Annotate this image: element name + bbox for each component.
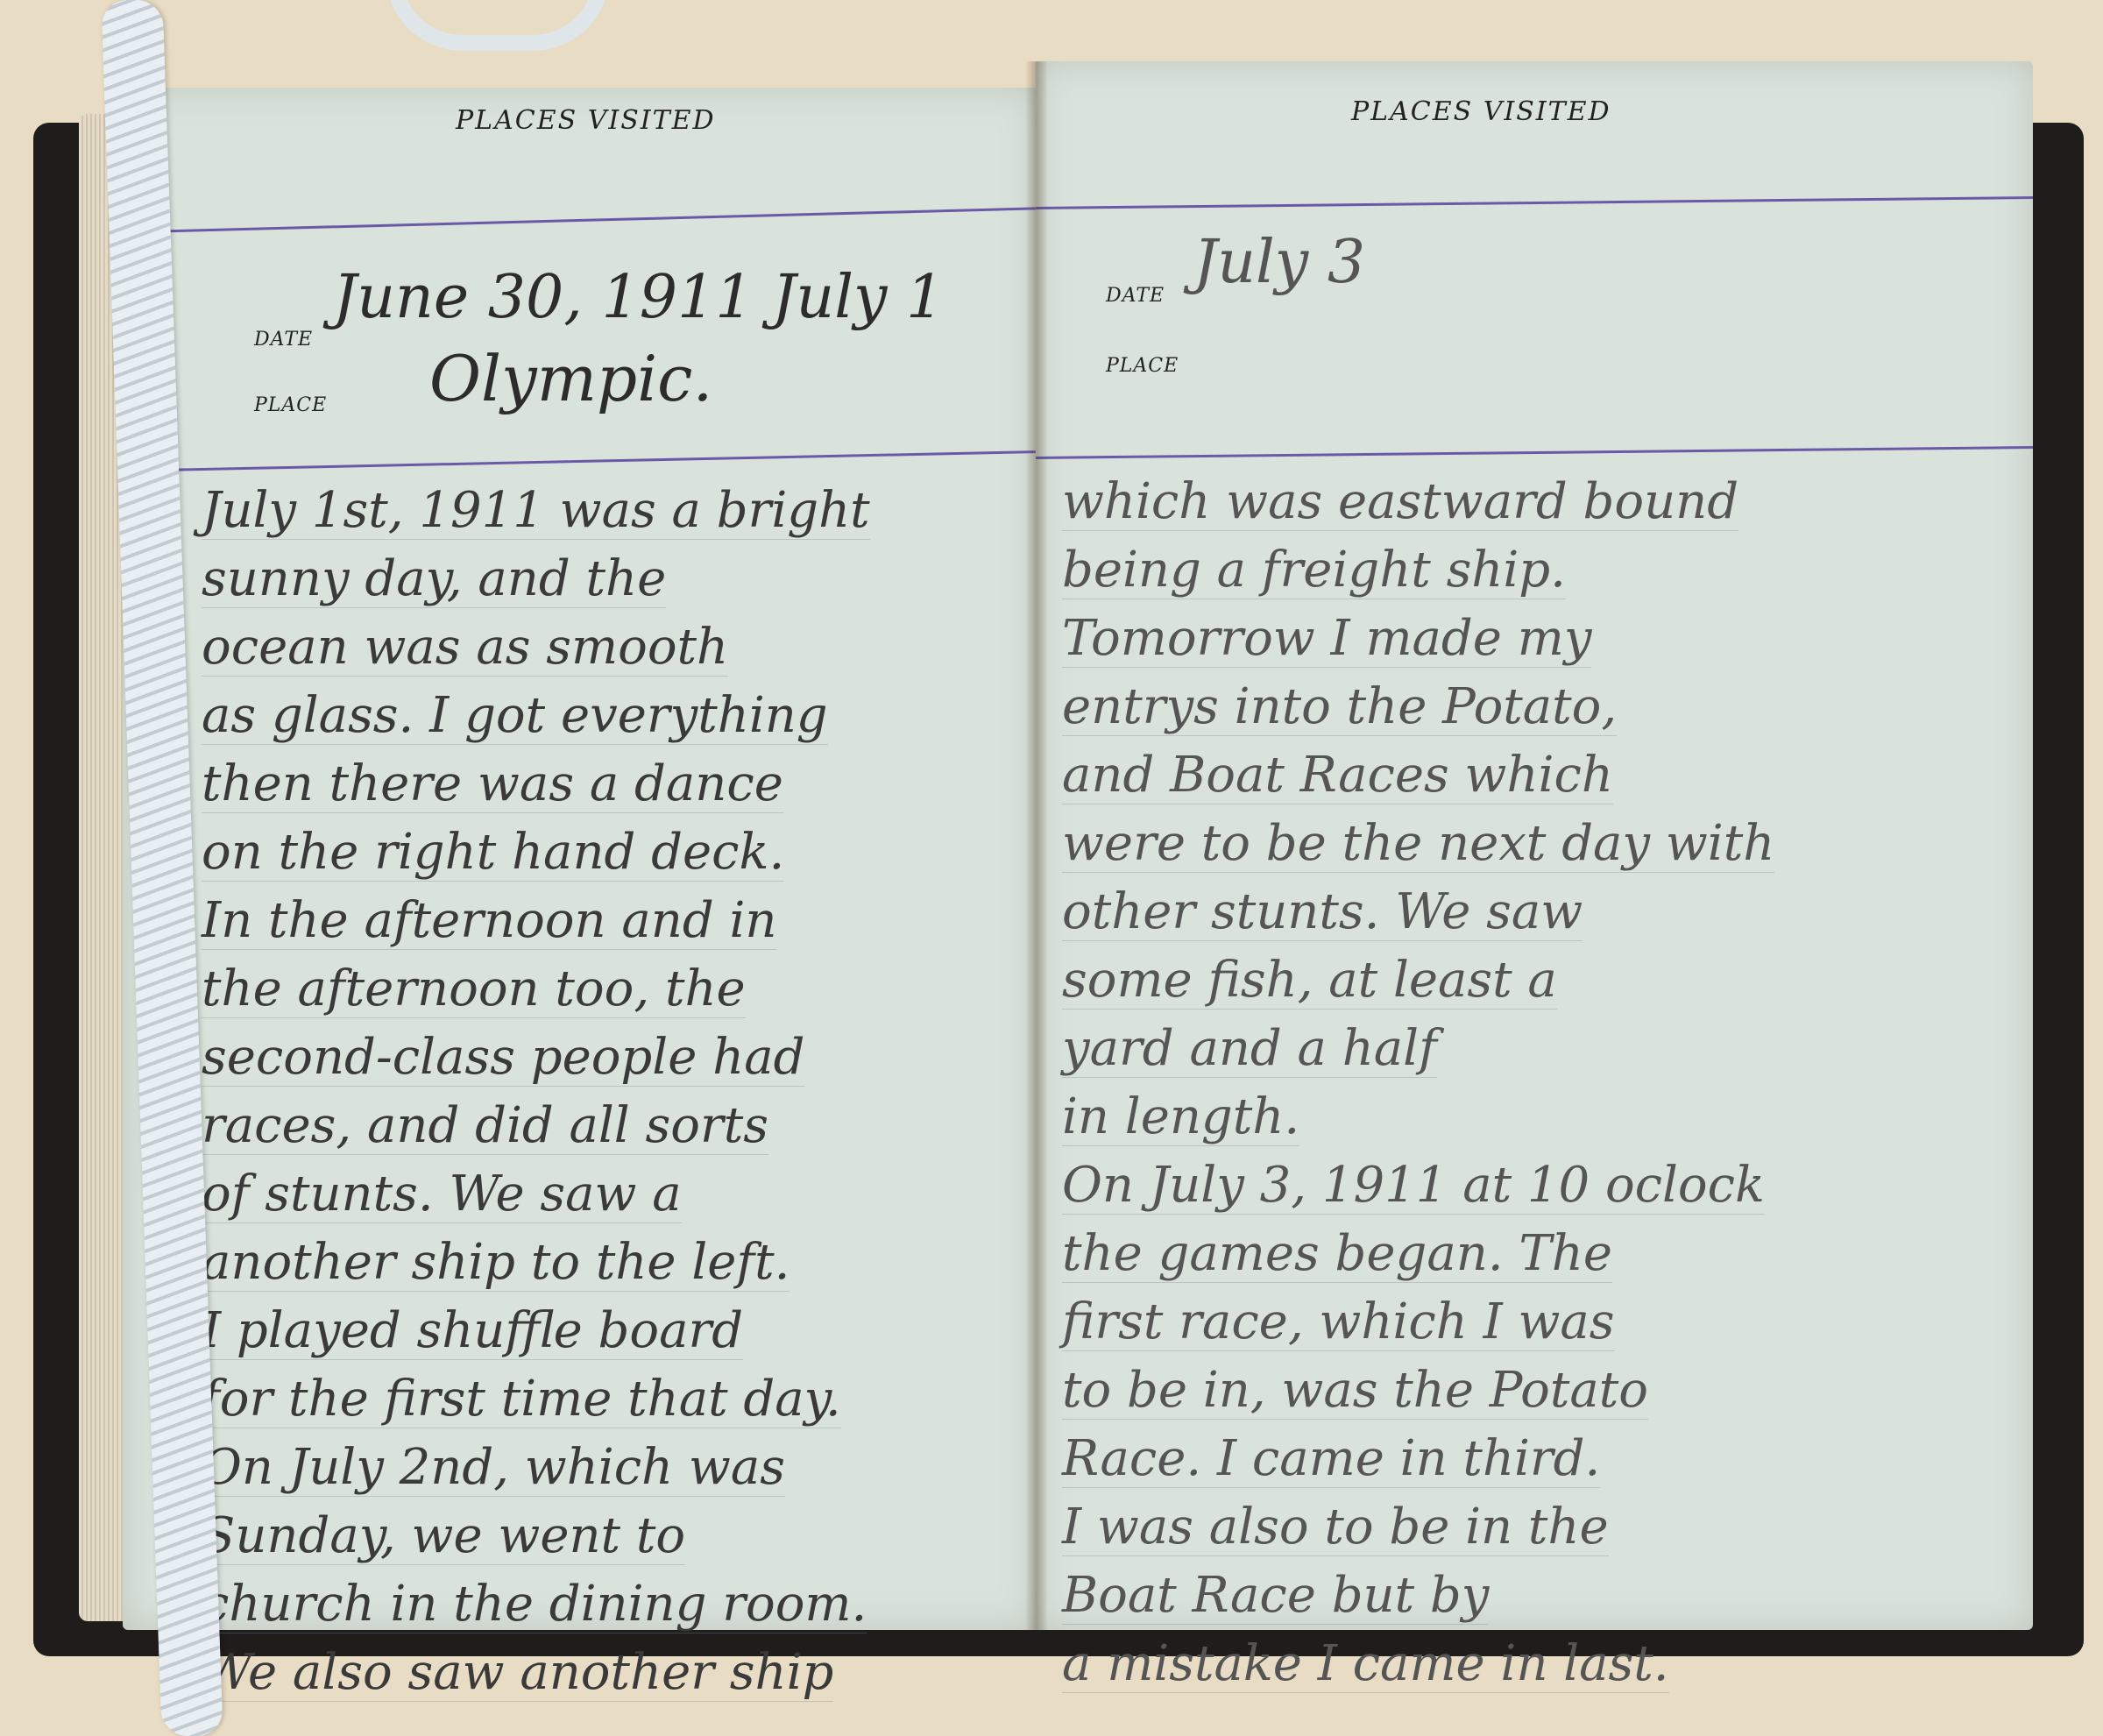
- right-date-value: July 3: [1193, 228, 1365, 297]
- body-line: the games began. The: [1062, 1225, 1612, 1283]
- left-heading: PLACES VISITED: [456, 105, 716, 136]
- left-top-rule: [123, 207, 1036, 233]
- body-line: In the afternoon and in: [202, 892, 776, 950]
- right-date-label: DATE: [1106, 285, 1165, 307]
- body-line: I played shuffle board: [202, 1302, 743, 1360]
- right-bottom-rule: [1036, 446, 2033, 459]
- right-place-label: PLACE: [1106, 355, 1179, 377]
- body-line: July 1st, 1911 was a bright: [202, 482, 870, 540]
- body-line: sunny day, and the: [202, 550, 666, 608]
- body-line: then there was a dance: [202, 755, 783, 813]
- body-line: races, and did all sorts: [202, 1097, 768, 1155]
- body-line: a mistake I came in last.: [1062, 1635, 1669, 1693]
- body-line: Sunday, we went to: [202, 1507, 685, 1565]
- body-line: I was also to be in the: [1062, 1499, 1609, 1556]
- right-top-rule: [1036, 196, 2033, 209]
- body-line: some fish, at least a: [1062, 952, 1557, 1010]
- left-date-label: DATE: [254, 329, 313, 351]
- body-line: yard and a half: [1062, 1020, 1437, 1078]
- left-place-value: Olympic.: [429, 342, 712, 415]
- bookmark-cord-loop: [386, 0, 610, 51]
- right-heading: PLACES VISITED: [1351, 96, 1611, 127]
- body-line: in length.: [1062, 1088, 1299, 1146]
- body-line: On July 3, 1911 at 10 oclock: [1062, 1157, 1765, 1215]
- book-gutter: [1025, 61, 1048, 1630]
- body-line: being a freight ship.: [1062, 542, 1566, 599]
- body-line: On July 2nd, which was: [202, 1439, 785, 1497]
- body-line: Tomorrow I made my: [1062, 610, 1591, 668]
- body-line: to be in, was the Potato: [1062, 1362, 1648, 1420]
- left-bottom-rule: [123, 450, 1036, 472]
- body-line: Boat Race but by: [1062, 1567, 1489, 1625]
- body-line: for the first time that day.: [202, 1371, 841, 1428]
- left-place-label: PLACE: [254, 394, 327, 416]
- body-line: entrys into the Potato,: [1062, 678, 1617, 736]
- body-line: and Boat Races which: [1062, 747, 1613, 804]
- body-line: church in the dining room.: [202, 1576, 867, 1633]
- body-line: other stunts. We saw: [1062, 883, 1583, 941]
- right-page: PLACES VISITED DATE PLACE July 3 which w…: [1036, 61, 2033, 1630]
- body-line: which was eastward bound: [1062, 473, 1738, 531]
- body-line: on the right hand deck.: [202, 824, 784, 882]
- body-line: ocean was as smooth: [202, 619, 728, 677]
- left-date-value: June 30, 1911 July 1: [333, 263, 944, 332]
- body-line: of stunts. We saw a: [202, 1166, 682, 1223]
- body-line: were to be the next day with: [1062, 815, 1774, 873]
- body-line: the afternoon too, the: [202, 960, 746, 1018]
- body-line: another ship to the left.: [202, 1234, 790, 1292]
- left-page: PLACES VISITED DATE PLACE June 30, 1911 …: [123, 88, 1036, 1630]
- body-line: We also saw another ship: [202, 1644, 833, 1702]
- body-line: as glass. I got everything: [202, 687, 828, 745]
- body-line: Race. I came in third.: [1062, 1430, 1600, 1488]
- body-line: second-class people had: [202, 1029, 804, 1087]
- body-line: first race, which I was: [1062, 1293, 1615, 1351]
